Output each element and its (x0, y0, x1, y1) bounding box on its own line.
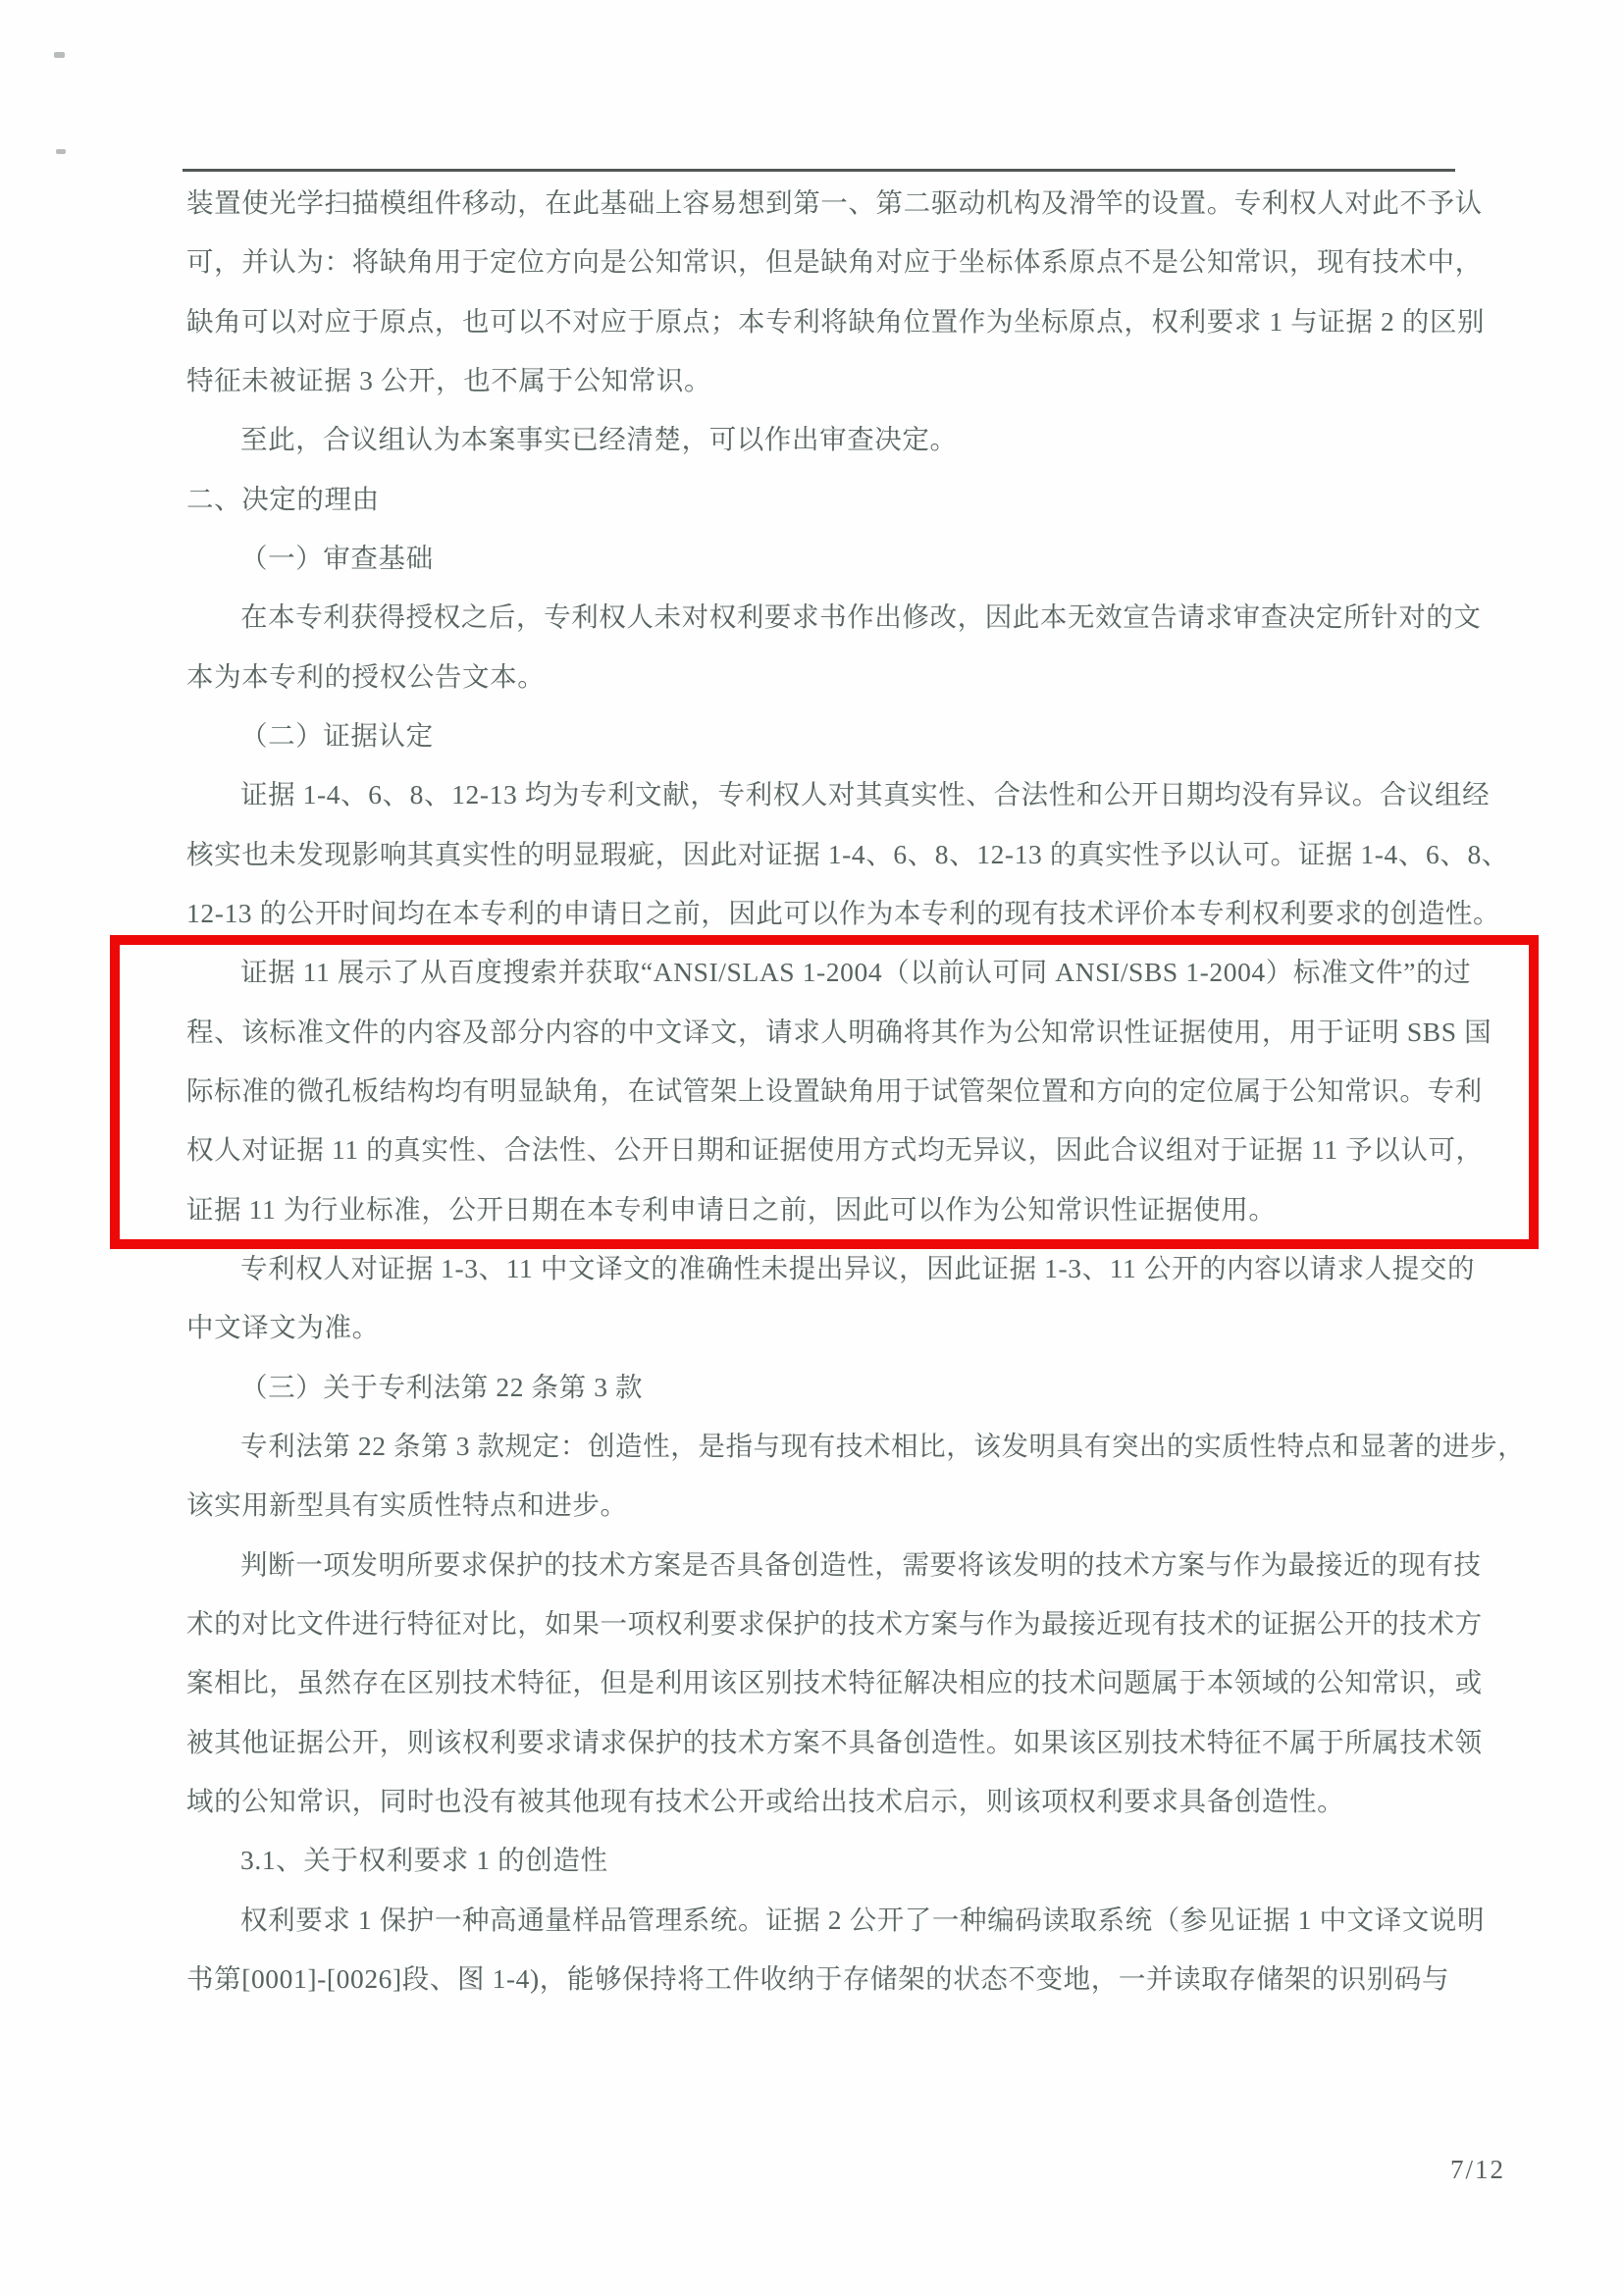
text-line: 专利权人对证据 1-3、11 中文译文的准确性未提出异议，因此证据 1-3、11… (186, 1239, 1472, 1298)
text-line: 该实用新型具有实质性特点和进步。 (186, 1476, 1472, 1535)
text-line: 被其他证据公开，则该权利要求请求保护的技术方案不具备创造性。如果该区别技术特征不… (186, 1713, 1472, 1772)
text-line: 判断一项发明所要求保护的技术方案是否具备创造性，需要将该发明的技术方案与作为最接… (186, 1536, 1472, 1594)
scan-speck (56, 149, 66, 154)
body-text-column: 装置使光学扫描模组件移动，在此基础上容易想到第一、第二驱动机构及滑竿的设置。专利… (186, 174, 1472, 2009)
text-line: （三）关于专利法第 22 条第 3 款 (186, 1358, 1472, 1417)
text-line: 3.1、关于权利要求 1 的创造性 (186, 1831, 1472, 1890)
text-line: 在本专利获得授权之后，专利权人未对权利要求书作出修改，因此本无效宣告请求审查决定… (186, 588, 1472, 647)
document-page: 装置使光学扫描模组件移动，在此基础上容易想到第一、第二驱动机构及滑竿的设置。专利… (0, 0, 1623, 2296)
header-separator-line (183, 169, 1455, 172)
scan-speck (54, 52, 65, 58)
text-line: 案相比，虽然存在区别技术特征，但是利用该区别技术特征解决相应的技术问题属于本领域… (186, 1653, 1472, 1712)
text-line: 证据 11 展示了从百度搜索并获取“ANSI/SLAS 1-2004（以前认可同… (186, 943, 1472, 1002)
text-line: 证据 11 为行业标准，公开日期在本专利申请日之前，因此可以作为公知常识性证据使… (186, 1180, 1472, 1239)
text-line: 权人对证据 11 的真实性、合法性、公开日期和证据使用方式均无异议，因此合议组对… (186, 1121, 1472, 1179)
text-line: 缺角可以对应于原点，也可以不对应于原点；本专利将缺角位置作为坐标原点，权利要求 … (186, 292, 1472, 351)
text-line: 特征未被证据 3 公开，也不属于公知常识。 (186, 351, 1472, 410)
text-line: 12-13 的公开时间均在本专利的申请日之前，因此可以作为本专利的现有技术评价本… (186, 884, 1472, 943)
text-line: 书第[0001]-[0026]段、图 1-4)，能够保持将工件收纳于存储架的状态… (186, 1950, 1472, 2009)
text-line: 术的对比文件进行特征对比，如果一项权利要求保护的技术方案与作为最接近现有技术的证… (186, 1594, 1472, 1653)
text-line: 专利法第 22 条第 3 款规定：创造性，是指与现有技术相比，该发明具有突出的实… (186, 1417, 1472, 1476)
text-line: 核实也未发现影响其真实性的明显瑕疵，因此对证据 1-4、6、8、12-13 的真… (186, 825, 1472, 884)
text-line: 至此，合议组认为本案事实已经清楚，可以作出审查决定。 (186, 410, 1472, 469)
text-line: 二、决定的理由 (186, 470, 1472, 529)
text-line: （一）审查基础 (186, 529, 1472, 588)
text-line: 权利要求 1 保护一种高通量样品管理系统。证据 2 公开了一种编码读取系统（参见… (186, 1891, 1472, 1950)
text-line: 本为本专利的授权公告文本。 (186, 648, 1472, 706)
text-line: （二）证据认定 (186, 706, 1472, 765)
text-line: 可，并认为：将缺角用于定位方向是公知常识，但是缺角对应于坐标体系原点不是公知常识… (186, 233, 1472, 291)
text-line: 中文译文为准。 (186, 1298, 1472, 1357)
text-line: 装置使光学扫描模组件移动，在此基础上容易想到第一、第二驱动机构及滑竿的设置。专利… (186, 174, 1472, 233)
text-line: 证据 1-4、6、8、12-13 均为专利文献，专利权人对其真实性、合法性和公开… (186, 765, 1472, 824)
text-line: 际标准的微孔板结构均有明显缺角，在试管架上设置缺角用于试管架位置和方向的定位属于… (186, 1062, 1472, 1121)
text-line: 程、该标准文件的内容及部分内容的中文译文，请求人明确将其作为公知常识性证据使用，… (186, 1003, 1472, 1062)
text-line: 域的公知常识，同时也没有被其他现有技术公开或给出技术启示，则该项权利要求具备创造… (186, 1772, 1472, 1831)
page-number: 7/12 (1450, 2155, 1505, 2185)
